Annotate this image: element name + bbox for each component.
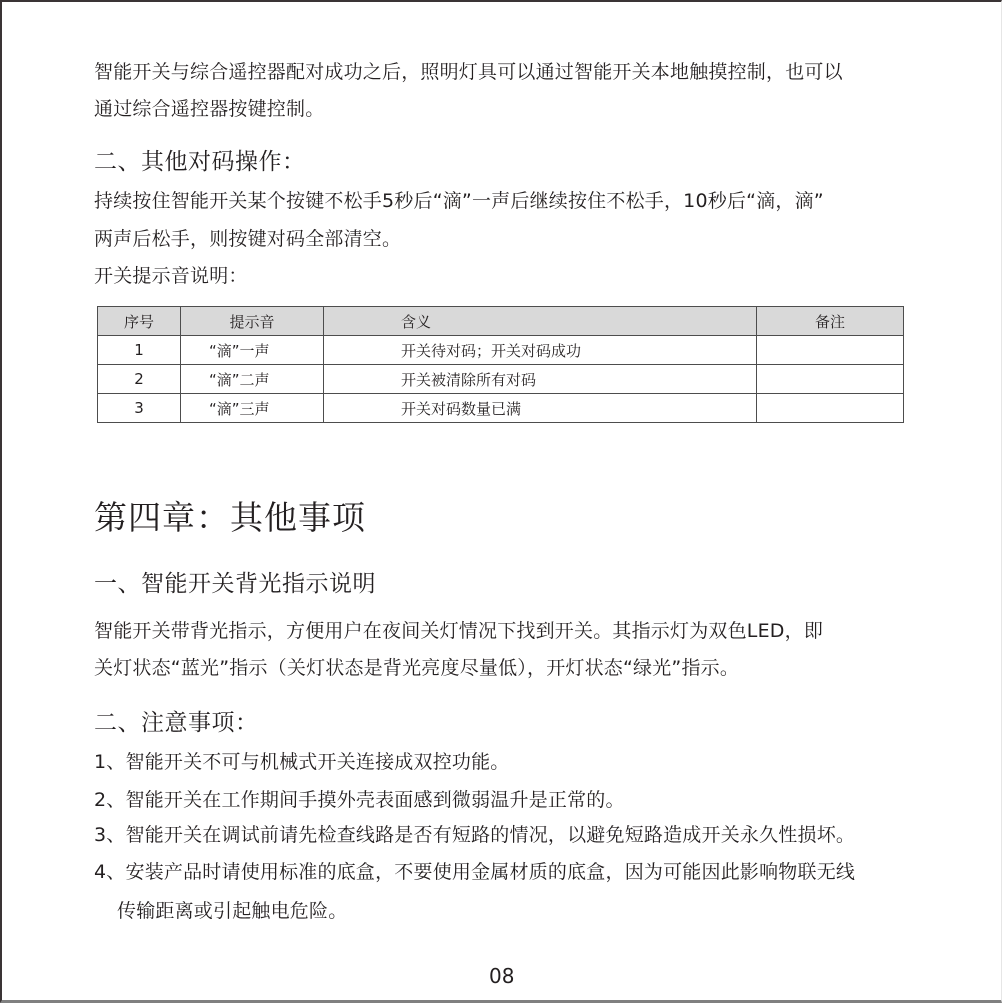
section-heading-backlight: 一、智能开关背光指示说明 xyxy=(94,570,376,598)
page-number: 08 xyxy=(489,964,514,988)
note-item-2: 2、智能开关在工作期间手摸外壳表面感到微弱温升是正常的。 xyxy=(94,788,625,812)
table-header-row: 序号 提示音 含义 备注 xyxy=(98,307,904,336)
cell-note xyxy=(757,336,904,365)
backlight-paragraph-line-2: 关灯状态“蓝光”指示（关灯状态是背光亮度尽量低），开灯状态“绿光”指示。 xyxy=(94,656,739,680)
pairing-paragraph-line-1: 持续按住智能开关某个按键不松手5秒后“滴”一声后继续按住不松手，10秒后“滴，滴… xyxy=(94,189,824,213)
note-item-3: 3、智能开关在调试前请先检查线路是否有短路的情况，以避免短路造成开关永久性损坏。 xyxy=(94,823,855,847)
intro-line-2: 通过综合遥控器按键控制。 xyxy=(94,97,324,121)
column-header-number: 序号 xyxy=(98,307,181,336)
cell-number: 2 xyxy=(98,365,181,394)
cell-tone: “滴”一声 xyxy=(181,336,324,365)
cell-tone: “滴”三声 xyxy=(181,394,324,423)
chapter-title: 第四章：其他事项 xyxy=(94,498,366,538)
note-item-4-continuation: 传输距离或引起触电危险。 xyxy=(117,899,347,923)
backlight-paragraph-line-1: 智能开关带背光指示，方便用户在夜间关灯情况下找到开关。其指示灯为双色LED，即 xyxy=(94,619,823,643)
cell-note xyxy=(757,394,904,423)
column-header-meaning: 含义 xyxy=(324,307,757,336)
cell-meaning: 开关对码数量已满 xyxy=(324,394,757,423)
section-heading-notes: 二、注意事项： xyxy=(94,709,259,737)
column-header-tone: 提示音 xyxy=(181,307,324,336)
note-item-4: 4、安装产品时请使用标准的底盒，不要使用金属材质的底盒，因为可能因此影响物联无线 xyxy=(94,860,855,884)
table-row: 2 “滴”二声 开关被清除所有对码 xyxy=(98,365,904,394)
section-heading-other-pairing: 二、其他对码操作： xyxy=(94,148,306,176)
intro-line-1: 智能开关与综合遥控器配对成功之后，照明灯具可以通过智能开关本地触摸控制，也可以 xyxy=(94,60,843,84)
table-row: 1 “滴”一声 开关待对码；开关对码成功 xyxy=(98,336,904,365)
table-row: 3 “滴”三声 开关对码数量已满 xyxy=(98,394,904,423)
cell-tone: “滴”二声 xyxy=(181,365,324,394)
cell-number: 3 xyxy=(98,394,181,423)
cell-note xyxy=(757,365,904,394)
column-header-note: 备注 xyxy=(757,307,904,336)
cell-meaning: 开关待对码；开关对码成功 xyxy=(324,336,757,365)
note-item-1: 1、智能开关不可与机械式开关连接成双控功能。 xyxy=(94,750,510,774)
pairing-paragraph-line-2: 两声后松手，则按键对码全部清空。 xyxy=(94,227,401,251)
tone-caption: 开关提示音说明： xyxy=(94,264,248,288)
cell-meaning: 开关被清除所有对码 xyxy=(324,365,757,394)
tone-table: 序号 提示音 含义 备注 1 “滴”一声 开关待对码；开关对码成功 2 “滴”二… xyxy=(97,306,904,423)
cell-number: 1 xyxy=(98,336,181,365)
